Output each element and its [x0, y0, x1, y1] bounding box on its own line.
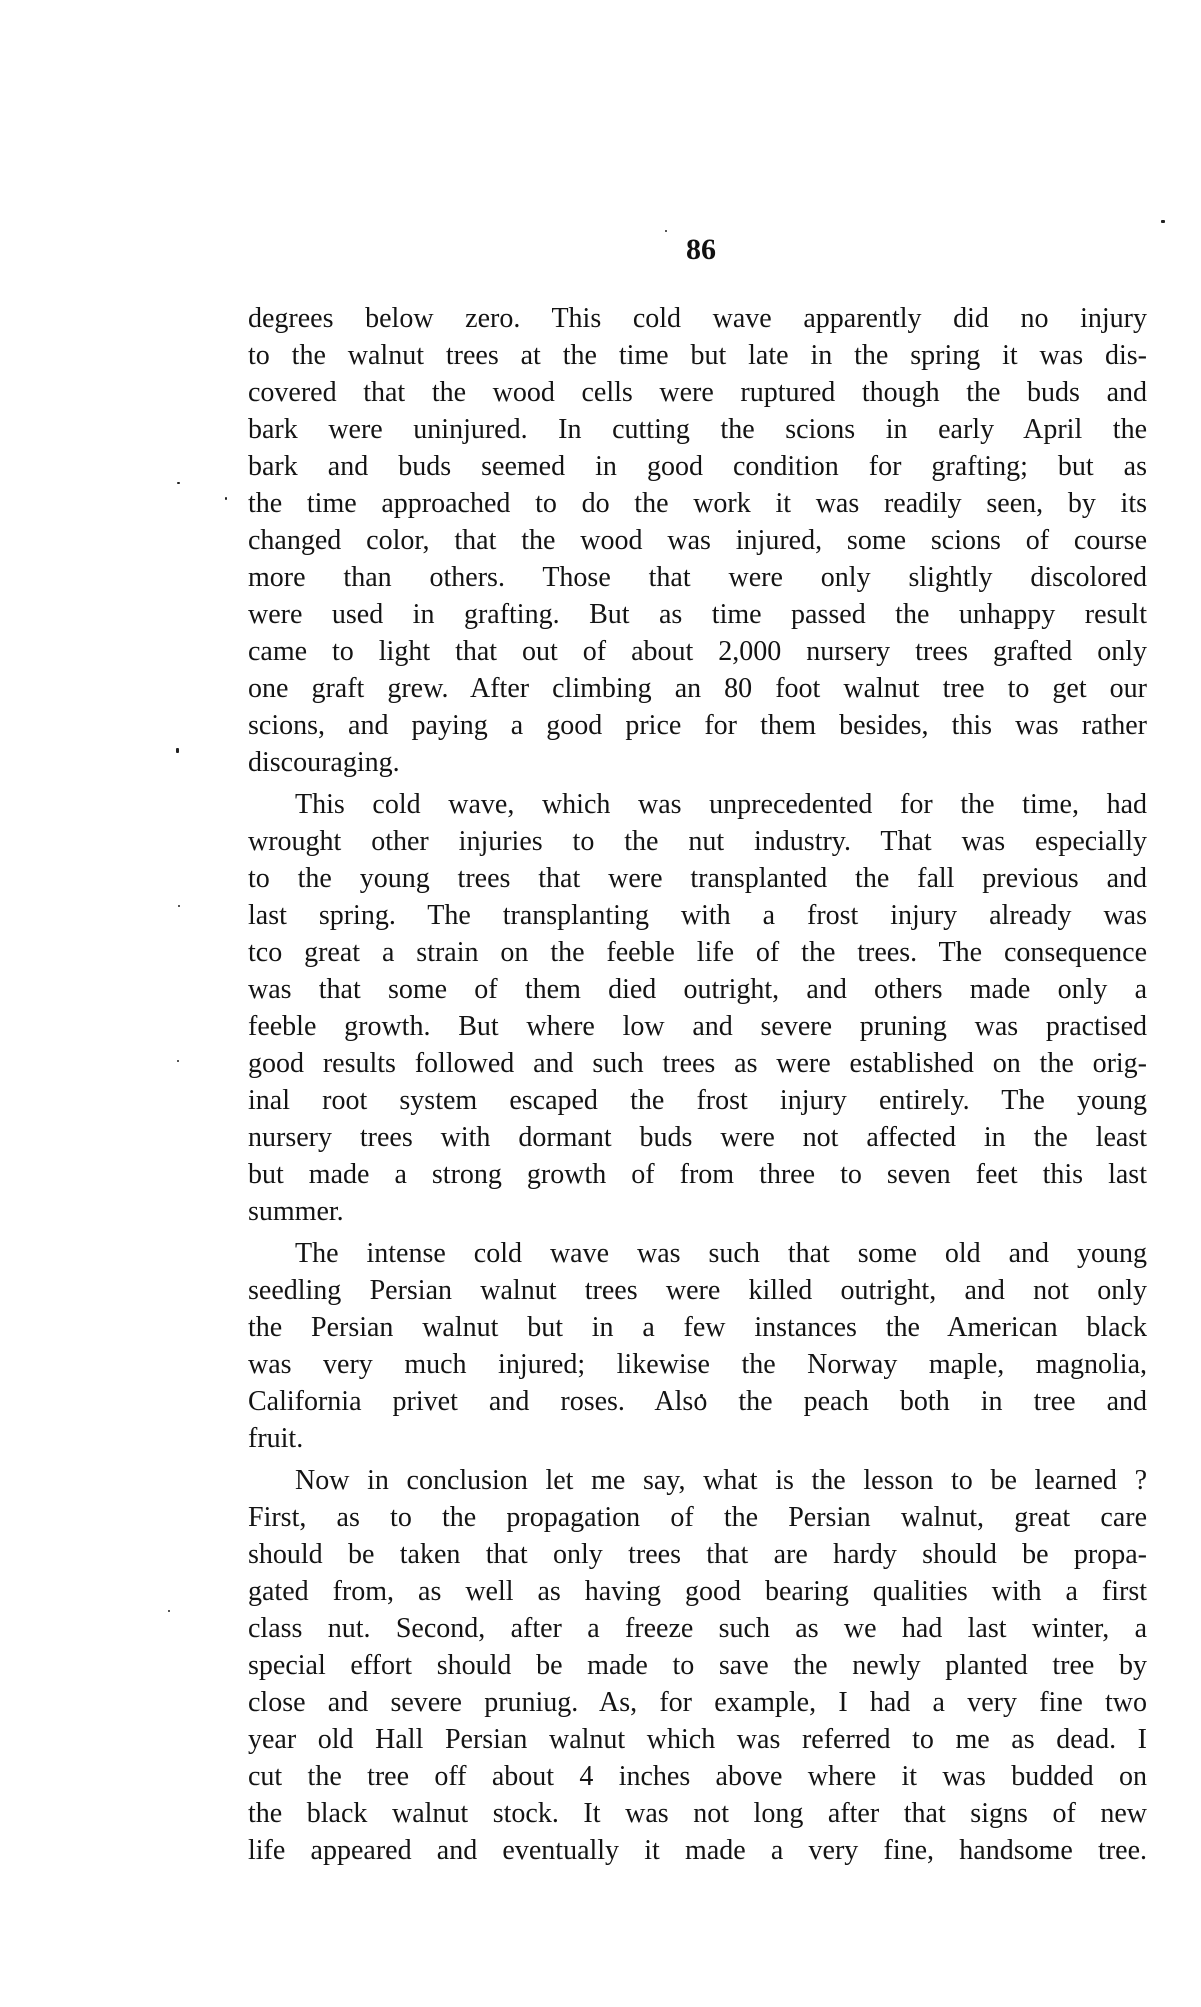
text-line: scions, and paying a good price for them…: [248, 707, 1147, 744]
text-line: bark and buds seemed in good condition f…: [248, 448, 1147, 485]
text-line: degrees below zero. This cold wave appar…: [248, 300, 1147, 337]
text-line: life appeared and eventually it made a v…: [248, 1832, 1147, 1869]
text-line: last spring. The transplanting with a fr…: [248, 897, 1147, 934]
scan-speck: [225, 497, 227, 500]
text-line: more than others. Those that were only s…: [248, 559, 1147, 596]
paragraph-2: This cold wave, which was unprecedented …: [248, 786, 1147, 1230]
text-line: class nut. Second, after a freeze such a…: [248, 1610, 1147, 1647]
scan-speck: [176, 748, 179, 753]
text-line: wrought other injuries to the nut indust…: [248, 823, 1147, 860]
text-line: nursery trees with dormant buds were not…: [248, 1119, 1147, 1156]
text-line: close and severe pruniug. As, for exampl…: [248, 1684, 1147, 1721]
page-number: 86: [0, 232, 1201, 268]
scanned-book-page: 86 degrees below zero. This cold wave ap…: [0, 0, 1201, 2007]
text-line: was very much injured; likewise the Norw…: [248, 1346, 1147, 1383]
text-line: one graft grew. After climbing an 80 foo…: [248, 670, 1147, 707]
paragraph-1: degrees below zero. This cold wave appar…: [248, 300, 1147, 781]
text-line: inal root system escaped the frost injur…: [248, 1082, 1147, 1119]
text-line: should be taken that only trees that are…: [248, 1536, 1147, 1573]
text-line: year old Hall Persian walnut which was r…: [248, 1721, 1147, 1758]
text-line: bark were uninjured. In cutting the scio…: [248, 411, 1147, 448]
text-line: to the walnut trees at the time but late…: [248, 337, 1147, 374]
text-line: to the young trees that were transplante…: [248, 860, 1147, 897]
text-line: changed color, that the wood was injured…: [248, 522, 1147, 559]
scan-speck: [177, 1060, 179, 1062]
text-line: came to light that out of about 2,000 nu…: [248, 633, 1147, 670]
paragraph-4: Now in conclusion let me say, what is th…: [248, 1462, 1147, 1869]
text-line: discouraging.: [248, 744, 1147, 781]
text-line: the time approached to do the work it wa…: [248, 485, 1147, 522]
body-text: degrees below zero. This cold wave appar…: [248, 300, 1147, 1874]
text-line: fruit.: [248, 1420, 1147, 1457]
text-line: the Persian walnut but in a few instance…: [248, 1309, 1147, 1346]
scan-speck: [178, 905, 180, 907]
text-line: First, as to the propagation of the Pers…: [248, 1499, 1147, 1536]
text-line: summer.: [248, 1193, 1147, 1230]
text-line: was that some of them died outright, and…: [248, 971, 1147, 1008]
text-line: California privet and roses. Also the pe…: [248, 1383, 1147, 1420]
text-line: This cold wave, which was unprecedented …: [248, 786, 1147, 823]
text-line: gated from, as well as having good beari…: [248, 1573, 1147, 1610]
paragraph-3: The intense cold wave was such that some…: [248, 1235, 1147, 1457]
scan-speck: [168, 1610, 170, 1612]
text-line: The intense cold wave was such that some…: [248, 1235, 1147, 1272]
text-line: were used in grafting. But as time passe…: [248, 596, 1147, 633]
text-line: feeble growth. But where low and severe …: [248, 1008, 1147, 1045]
text-line: Now in conclusion let me say, what is th…: [248, 1462, 1147, 1499]
text-line: good results followed and such trees as …: [248, 1045, 1147, 1082]
text-line: tco great a strain on the feeble life of…: [248, 934, 1147, 971]
text-line: covered that the wood cells were rupture…: [248, 374, 1147, 411]
text-line: seedling Persian walnut trees were kille…: [248, 1272, 1147, 1309]
text-line: the black walnut stock. It was not long …: [248, 1795, 1147, 1832]
text-line: cut the tree off about 4 inches above wh…: [248, 1758, 1147, 1795]
text-line: but made a strong growth of from three t…: [248, 1156, 1147, 1193]
text-line: special effort should be made to save th…: [248, 1647, 1147, 1684]
scan-speck: [1161, 220, 1165, 223]
scan-speck: [177, 482, 180, 484]
